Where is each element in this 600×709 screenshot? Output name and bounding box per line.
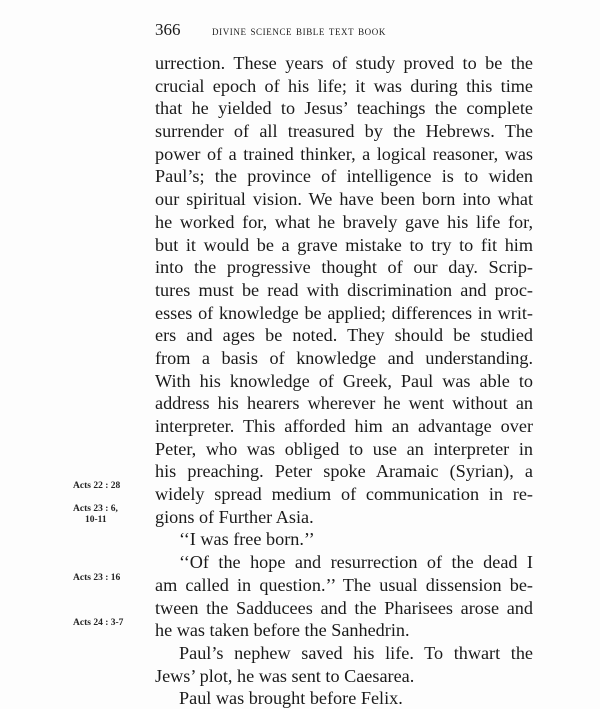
text-line: he was taken before the Sanhedrin. [155, 619, 533, 642]
text-line: that he yielded to Jesus’ teachings the … [155, 97, 533, 120]
text-line: esses of knowledge be applied; differenc… [155, 302, 533, 325]
text-line: tween the Sadducees and the Pharisees ar… [155, 597, 533, 620]
margin-note-reference: Acts 22 : 28 [73, 481, 153, 492]
margin-note-line: Acts 22 : 28 [73, 481, 120, 491]
text-line: gions of Further Asia. [155, 506, 533, 529]
text-line: Paul’s; the province of intelligence is … [155, 165, 533, 188]
text-line: interpreter. This afforded him an advant… [155, 415, 533, 438]
text-line: Paul was brought before Felix. [155, 687, 533, 709]
text-line: our spiritual vision. We have been born … [155, 188, 533, 211]
text-line: his preaching. Peter spoke Aramaic (Syri… [155, 460, 533, 483]
text-line: am called in question.’’ The usual disse… [155, 574, 533, 597]
text-line: surrender of all treasured by the Hebrew… [155, 120, 533, 143]
text-line: tures must be read with discrimination a… [155, 279, 533, 302]
body-text: urrection. These years of study proved t… [155, 52, 533, 709]
text-line: With his knowledge of Greek, Paul was ab… [155, 370, 533, 393]
text-line: widely spread medium of communication in… [155, 483, 533, 506]
text-line: but it would be a grave mistake to try t… [155, 234, 533, 257]
book-page: 366 DIVINE SCIENCE BIBLE TEXT BOOK urrec… [0, 0, 600, 709]
text-line: Paul’s nephew saved his life. To thwart … [155, 642, 533, 665]
margin-note-reference: Acts 23 : 16 [73, 573, 153, 584]
running-title: DIVINE SCIENCE BIBLE TEXT BOOK [212, 23, 386, 39]
text-line: he worked for, what he bravely gave his … [155, 211, 533, 234]
page-number: 366 [155, 20, 181, 40]
text-line: power of a trained thinker, a logical re… [155, 143, 533, 166]
text-line: urrection. These years of study proved t… [155, 52, 533, 75]
text-line: Peter, who was obliged to use an interpr… [155, 438, 533, 461]
text-line: address his hearers wherever he went wit… [155, 392, 533, 415]
margin-note-line: Acts 23 : 6, [73, 504, 118, 514]
margin-note-reference: Acts 23 : 6,10-11 [73, 504, 153, 526]
margin-note-line: 10-11 [73, 515, 153, 526]
text-line: ers and ages be noted. They should be st… [155, 324, 533, 347]
text-line: ‘‘Of the hope and resurrection of the de… [155, 551, 533, 574]
margin-note-line: Acts 23 : 16 [73, 573, 120, 583]
text-line: ‘‘I was free born.’’ [155, 528, 533, 551]
margin-note-reference: Acts 24 : 3-7 [73, 618, 153, 629]
running-head: 366 DIVINE SCIENCE BIBLE TEXT BOOK [155, 20, 535, 40]
text-line: from a basis of knowledge and understand… [155, 347, 533, 370]
text-line: into the progressive thought of our day.… [155, 256, 533, 279]
text-line: Jews’ plot, he was sent to Caesarea. [155, 665, 533, 688]
text-line: crucial epoch of his life; it was during… [155, 75, 533, 98]
margin-note-line: Acts 24 : 3-7 [73, 618, 123, 628]
